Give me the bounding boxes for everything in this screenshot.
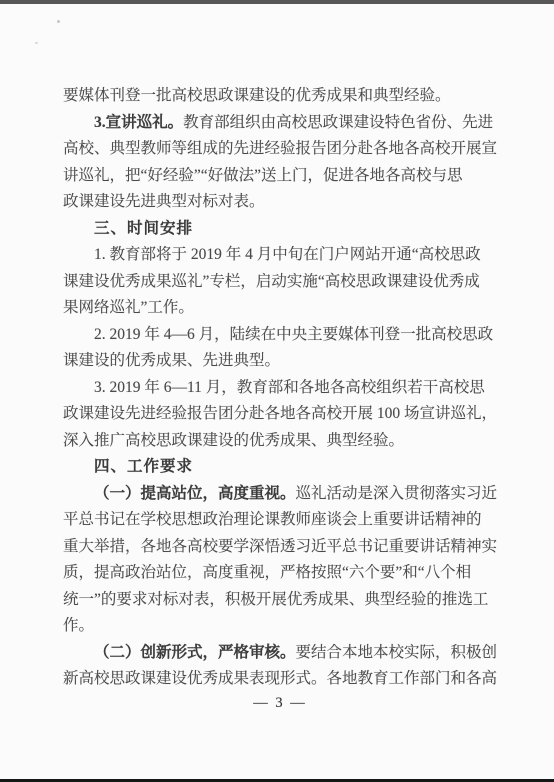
bold-lead: （二）创新形式，严格审核。 (94, 644, 296, 661)
text-line: 3. 2019 年 6—11 月，教育部和各地各高校组织若干高校思 (63, 375, 497, 402)
text-line: 作。 (63, 613, 497, 640)
document-body: 要媒体刊登一批高校思政课建设的优秀成果和典型经验。3.宣讲巡礼。教育部组织由高校… (63, 83, 497, 693)
line-text: 课建设优秀成果巡礼”专栏，启动实施“高校思政课建设优秀成 (63, 273, 480, 290)
text-line: （一）提高站位，高度重视。巡礼活动是深入贯彻落实习近 (63, 481, 497, 508)
line-text: 果网络巡礼”工作。 (63, 299, 194, 316)
line-text: 1. 教育部将于 2019 年 4 月中旬在门户网站开通“高校思政 (94, 246, 481, 263)
scanned-document-page: 要媒体刊登一批高校思政课建设的优秀成果和典型经验。3.宣讲巡礼。教育部组织由高校… (0, 0, 554, 782)
text-line: （二）创新形式，严格审核。要结合本地本校实际，积极创 (63, 640, 497, 667)
line-text: 2. 2019 年 4—6 月，陆续在中央主要媒体刊登一批高校思政 (94, 326, 493, 343)
bold-lead: 3.宣讲巡礼。 (94, 114, 183, 131)
text-line: 讲巡礼，把“好经验”“好做法”送上门，促进各地各高校与思 (63, 163, 497, 190)
text-line: 质，提高政治站位，高度重视，严格按照“六个要”和“八个相 (63, 560, 497, 587)
scan-speck (57, 20, 60, 23)
text-line: 三、时间安排 (63, 216, 497, 243)
text-line: 政课建设先进经验报告团分赴各地各高校开展 100 场宣讲巡礼， (63, 401, 497, 428)
page-number: — 3 — (63, 695, 497, 712)
line-text: 深入推广高校思政课建设的优秀成果、典型经验。 (63, 432, 404, 449)
text-line: 课建设的优秀成果、先进典型。 (63, 348, 497, 375)
line-text: 作。 (63, 617, 94, 634)
line-text: 政课建设先进经验报告团分赴各地各高校开展 100 场宣讲巡礼， (63, 405, 497, 422)
scan-speck (35, 42, 38, 44)
line-text: 课建设的优秀成果、先进典型。 (63, 352, 280, 369)
line-text: 平总书记在学校思想政治理论课教师座谈会上重要讲话精神的 (63, 511, 482, 528)
line-text: 新高校思政课建设优秀成果表现形式。各地教育工作部门和各高 (63, 670, 497, 687)
line-text: 要媒体刊登一批高校思政课建设的优秀成果和典型经验。 (63, 87, 451, 104)
line-text: 高校、典型教师等组成的先进经验报告团分赴各地各高校开展宣 (63, 140, 497, 157)
line-text: 教育部组织由高校思政课建设特色省份、先进 (183, 114, 493, 131)
line-text: 四、工作要求 (94, 458, 193, 475)
line-text: 3. 2019 年 6—11 月，教育部和各地各高校组织若干高校思 (94, 379, 485, 396)
text-line: 1. 教育部将于 2019 年 4 月中旬在门户网站开通“高校思政 (63, 242, 497, 269)
text-line: 2. 2019 年 4—6 月，陆续在中央主要媒体刊登一批高校思政 (63, 322, 497, 349)
text-line: 高校、典型教师等组成的先进经验报告团分赴各地各高校开展宣 (63, 136, 497, 163)
line-text: 三、时间安排 (94, 220, 193, 237)
text-line: 深入推广高校思政课建设的优秀成果、典型经验。 (63, 428, 497, 455)
line-text: 巡礼活动是深入贯彻落实习近 (296, 485, 498, 502)
text-line: 新高校思政课建设优秀成果表现形式。各地教育工作部门和各高 (63, 666, 497, 693)
text-line: 果网络巡礼”工作。 (63, 295, 497, 322)
line-text: 讲巡礼，把“好经验”“好做法”送上门，促进各地各高校与思 (63, 167, 463, 184)
text-line: 3.宣讲巡礼。教育部组织由高校思政课建设特色省份、先进 (63, 110, 497, 137)
line-text: 重大举措，各地各高校要学深悟透习近平总书记重要讲话精神实 (63, 538, 497, 555)
text-line: 统一”的要求对标对表，积极开展优秀成果、典型经验的推选工 (63, 587, 497, 614)
line-text: 要结合本地本校实际，积极创 (296, 644, 498, 661)
text-line: 政课建设先进典型对标对表。 (63, 189, 497, 216)
line-text: 质，提高政治站位，高度重视，严格按照“六个要”和“八个相 (63, 564, 471, 581)
text-line: 重大举措，各地各高校要学深悟透习近平总书记重要讲话精神实 (63, 534, 497, 561)
scan-edge-top (0, 0, 554, 4)
line-text: 统一”的要求对标对表，积极开展优秀成果、典型经验的推选工 (63, 591, 488, 608)
text-line: 课建设优秀成果巡礼”专栏，启动实施“高校思政课建设优秀成 (63, 269, 497, 296)
line-text: 政课建设先进典型对标对表。 (63, 193, 265, 210)
text-line: 要媒体刊登一批高校思政课建设的优秀成果和典型经验。 (63, 83, 497, 110)
text-line: 四、工作要求 (63, 454, 497, 481)
bold-lead: （一）提高站位，高度重视。 (94, 485, 296, 502)
text-line: 平总书记在学校思想政治理论课教师座谈会上重要讲话精神的 (63, 507, 497, 534)
